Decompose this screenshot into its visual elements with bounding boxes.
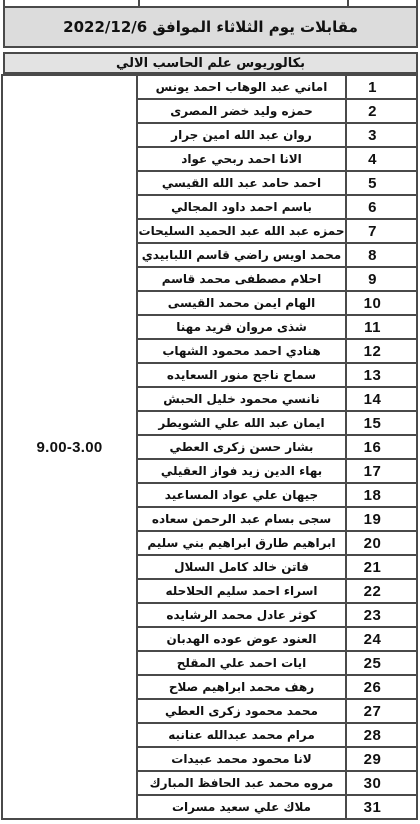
candidate-name: ايمان عبد الله علي الشويطر [137, 411, 346, 435]
row-number: 20 [346, 531, 417, 555]
candidates-table: 1اماني عبد الوهاب احمد يونس9.00-3.002حمز… [1, 74, 418, 820]
row-number: 24 [346, 627, 417, 651]
candidate-name: احمد حامد عبد الله القيسي [137, 171, 346, 195]
candidate-name: جيهان علي عواد المساعيد [137, 483, 346, 507]
program-subtitle-row: بكالوريوس علم الحاسب الالي [3, 52, 418, 74]
row-number: 19 [346, 507, 417, 531]
candidate-name: مرام محمد عبدالله عنانبه [137, 723, 346, 747]
candidate-name: رهف محمد ابراهيم صلاح [137, 675, 346, 699]
row-number: 3 [346, 123, 417, 147]
row-number: 30 [346, 771, 417, 795]
time-range-cell: 9.00-3.00 [2, 75, 137, 819]
candidate-name: كوثر عادل محمد الرشايده [137, 603, 346, 627]
candidate-name: بشار حسن زكرى العطي [137, 435, 346, 459]
candidate-name: الهام ايمن محمد القيسى [137, 291, 346, 315]
row-number: 1 [346, 75, 417, 99]
candidate-name: حمزه وليد خضر المصرى [137, 99, 346, 123]
candidate-name: بهاء الدين زيد فواز العقيلي [137, 459, 346, 483]
row-number: 25 [346, 651, 417, 675]
partial-name-cell [138, 0, 347, 6]
candidate-name: محمد محمود زكرى العطي [137, 699, 346, 723]
row-number: 12 [346, 339, 417, 363]
row-number: 8 [346, 243, 417, 267]
candidate-name: الانا احمد ربحي عواد [137, 147, 346, 171]
candidate-name: اماني عبد الوهاب احمد يونس [137, 75, 346, 99]
candidate-name: اسراء احمد سليم الحلاحله [137, 579, 346, 603]
candidate-name: ابراهيم طارق ابراهيم بني سليم [137, 531, 346, 555]
candidate-name: مروه محمد عبد الحافظ المبارك [137, 771, 346, 795]
candidate-name: سجى بسام عبد الرحمن سعاده [137, 507, 346, 531]
candidate-name: لانا محمود محمد عبيدات [137, 747, 346, 771]
candidates-table-body: 1اماني عبد الوهاب احمد يونس9.00-3.002حمز… [2, 75, 417, 819]
schedule-title-row: مقابلات يوم الثلاثاء الموافق 2022/12/6 [3, 8, 418, 48]
row-number: 6 [346, 195, 417, 219]
row-number: 27 [346, 699, 417, 723]
row-number: 15 [346, 411, 417, 435]
schedule-title: مقابلات يوم الثلاثاء الموافق 2022/12/6 [63, 18, 358, 36]
partial-number-cell [347, 0, 418, 6]
candidate-name: العنود عوض عوده الهدبان [137, 627, 346, 651]
row-number: 7 [346, 219, 417, 243]
candidate-name: روان عبد الله امين جرار [137, 123, 346, 147]
candidate-name: حمزه عبد الله عبد الحميد السليحات [137, 219, 346, 243]
program-subtitle: بكالوريوس علم الحاسب الالي [116, 56, 305, 71]
row-number: 5 [346, 171, 417, 195]
candidate-name: سماح ناجح منور السعايده [137, 363, 346, 387]
row-number: 21 [346, 555, 417, 579]
row-number: 17 [346, 459, 417, 483]
candidate-name: هنادي احمد محمود الشهاب [137, 339, 346, 363]
candidate-name: باسم احمد داود المجالي [137, 195, 346, 219]
candidate-name: احلام مصطفى محمد قاسم [137, 267, 346, 291]
row-number: 18 [346, 483, 417, 507]
row-number: 22 [346, 579, 417, 603]
row-number: 10 [346, 291, 417, 315]
row-number: 11 [346, 315, 417, 339]
row-number: 16 [346, 435, 417, 459]
candidate-name: ملاك علي سعيد مسرات [137, 795, 346, 819]
row-number: 28 [346, 723, 417, 747]
row-number: 23 [346, 603, 417, 627]
row-number: 31 [346, 795, 417, 819]
interview-schedule-sheet: مقابلات يوم الثلاثاء الموافق 2022/12/6 ب… [0, 0, 420, 824]
candidate-name: محمد اويس راضي قاسم اللبابيدي [137, 243, 346, 267]
row-number: 13 [346, 363, 417, 387]
row-number: 26 [346, 675, 417, 699]
candidate-name: ايات احمد علي المقلح [137, 651, 346, 675]
candidate-name: نانسي محمود خليل الحبش [137, 387, 346, 411]
partial-time-cell [3, 0, 138, 6]
table-top-partial-row [3, 0, 418, 8]
candidate-name: فاتن خالد كامل السلال [137, 555, 346, 579]
table-row: 1اماني عبد الوهاب احمد يونس9.00-3.00 [2, 75, 417, 99]
row-number: 29 [346, 747, 417, 771]
candidate-name: شذى مروان فريد مهنا [137, 315, 346, 339]
row-number: 14 [346, 387, 417, 411]
row-number: 4 [346, 147, 417, 171]
row-number: 2 [346, 99, 417, 123]
row-number: 9 [346, 267, 417, 291]
